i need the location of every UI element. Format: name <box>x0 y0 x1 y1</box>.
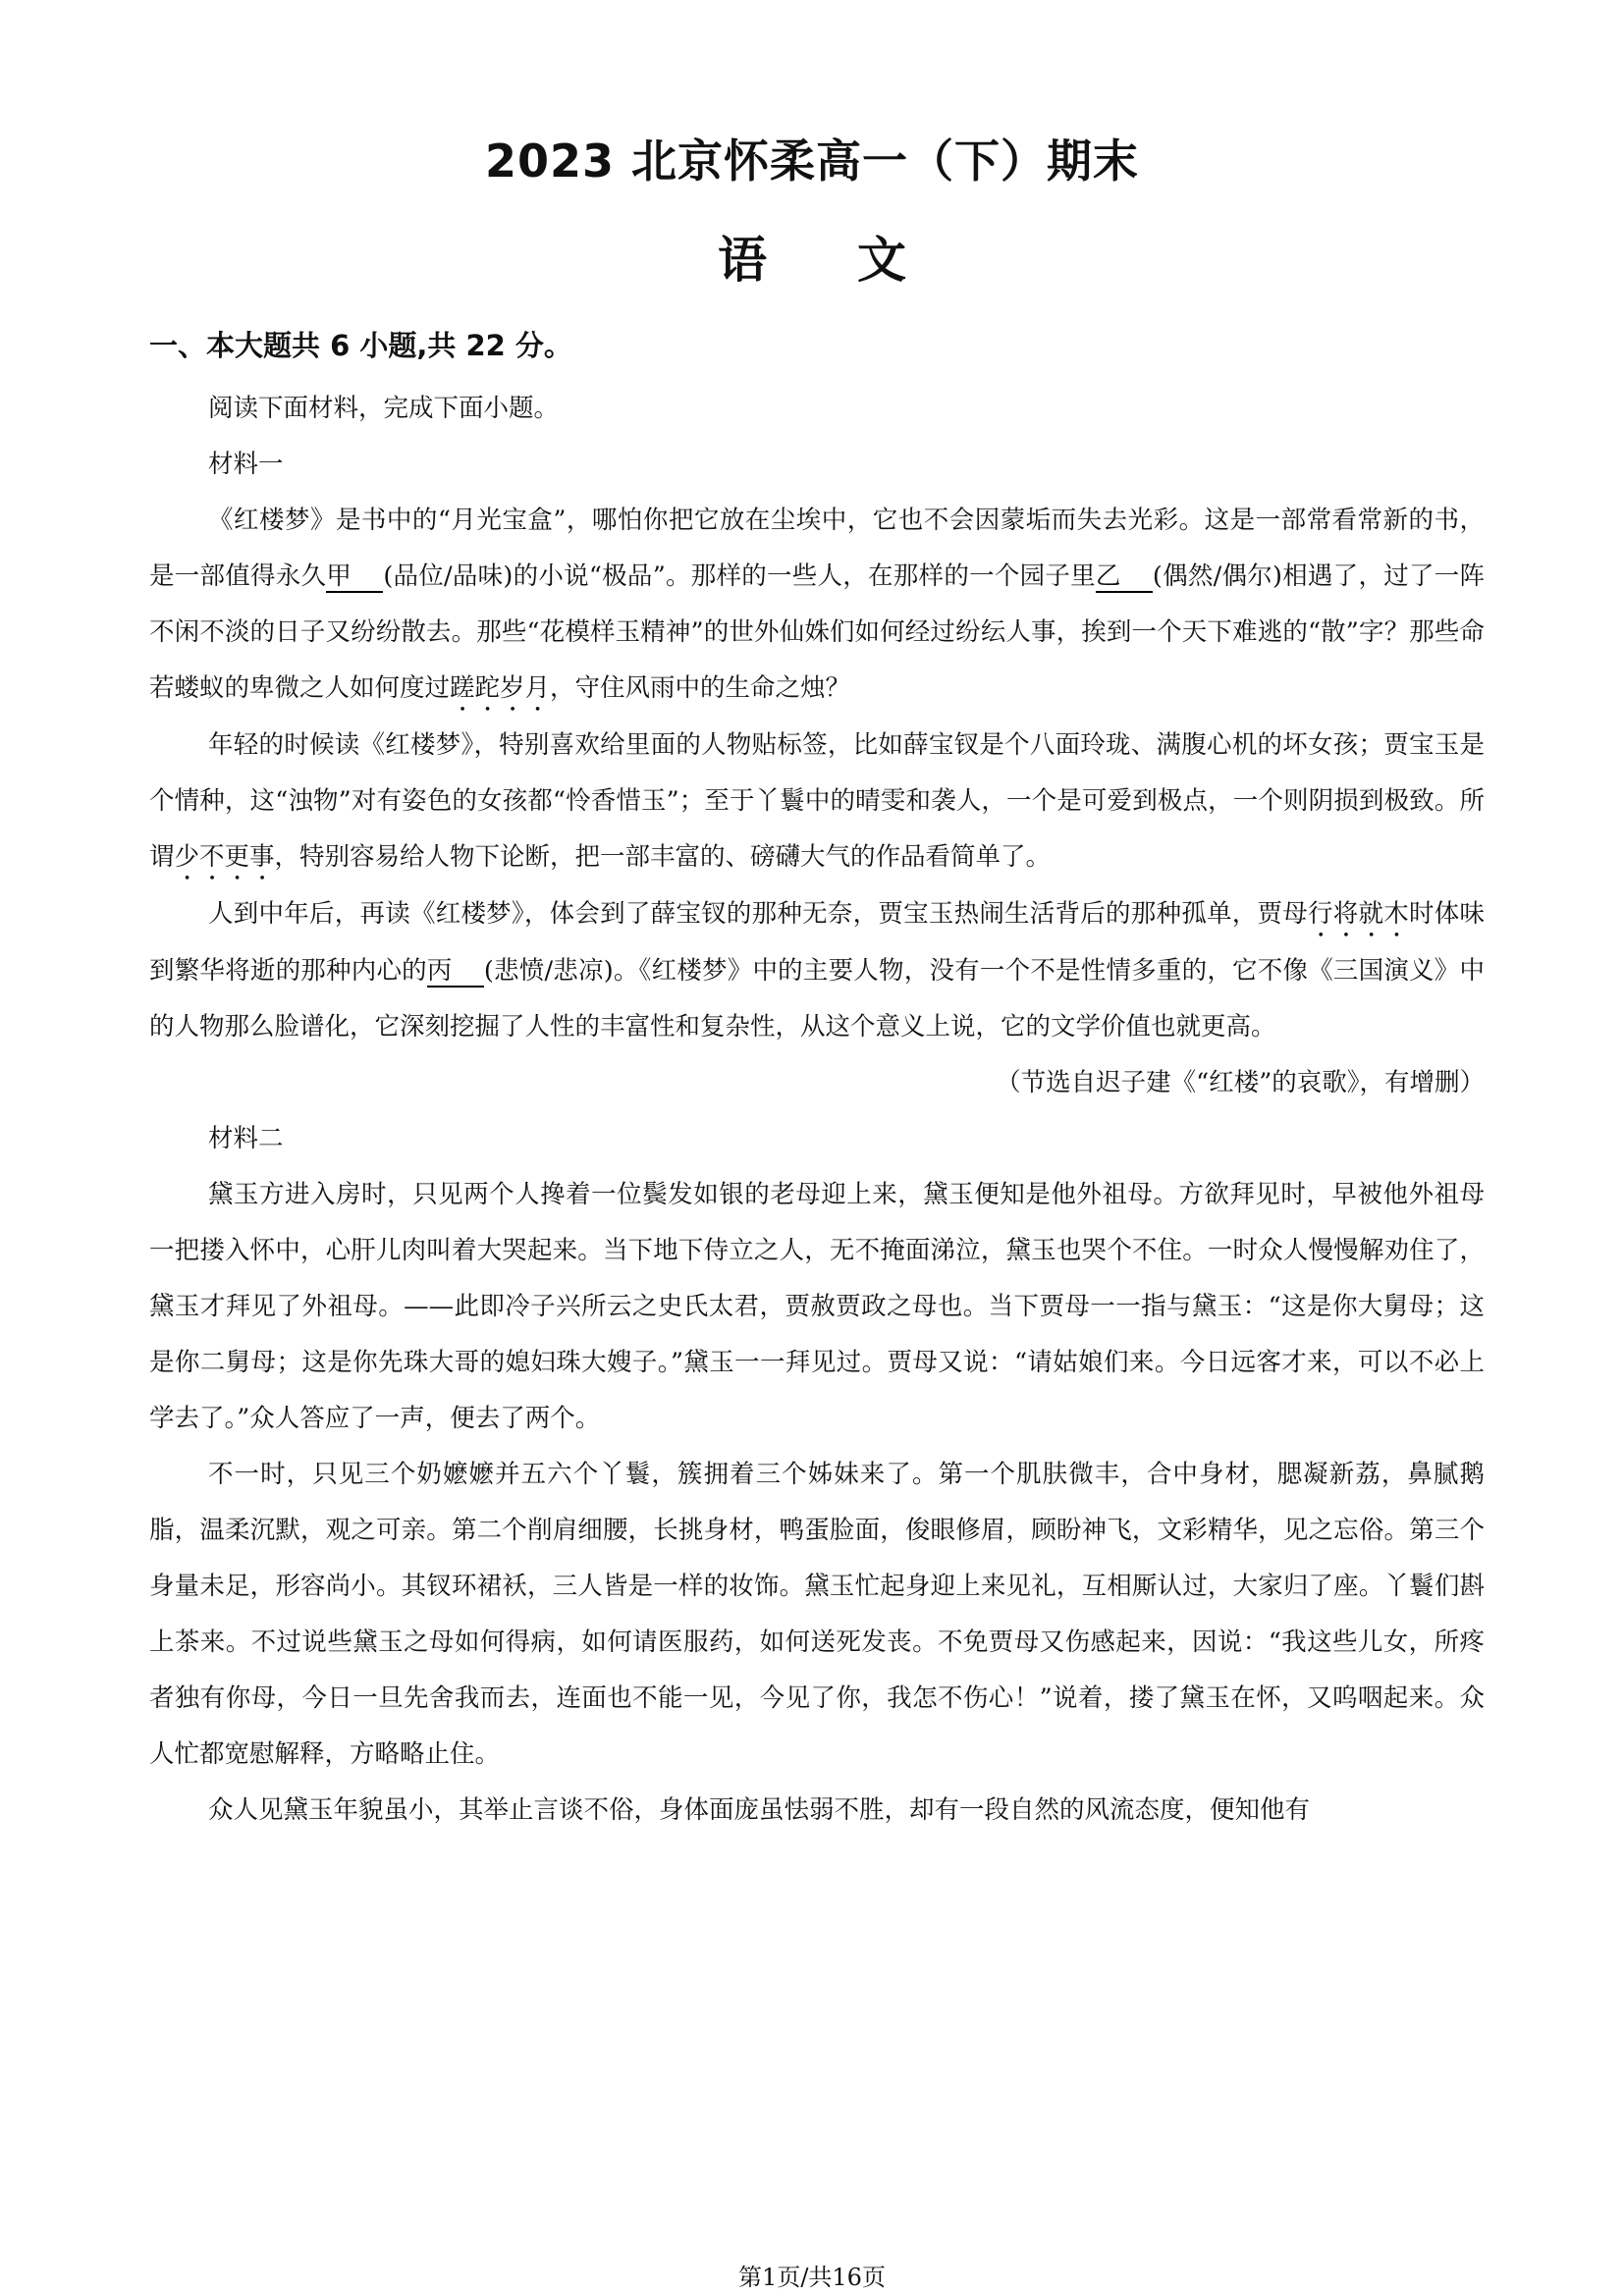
emphasis-dotted-word: 行将就木 <box>1308 899 1409 929</box>
subject-char-2: 文 <box>857 221 906 292</box>
material1-label: 材料一 <box>149 437 1485 493</box>
subject-char-1: 语 <box>718 221 767 292</box>
emphasis-dotted-word: 蹉跎岁月 <box>450 673 550 703</box>
material1-source: （节选自迟子建《“红楼”的哀歌》，有增删） <box>149 1055 1485 1111</box>
exam-page: 2023 北京怀柔高一（下）期末 语文 一、本大题共 6 小题,共 22 分。 … <box>0 0 1624 2296</box>
material1-paragraph-2: 年轻的时候读《红楼梦》，特别喜欢给里面的人物贴标签，比如薛宝钗是个八面玲珑、满腹… <box>149 718 1485 886</box>
exam-title: 2023 北京怀柔高一（下）期末 <box>0 126 1624 190</box>
blank-bing: 丙 <box>427 956 484 988</box>
emphasis-dotted-word: 少不更事 <box>175 842 275 872</box>
material1-paragraph-3: 人到中年后，再读《红楼梦》，体会到了薛宝钗的那种无奈，贾宝玉热闹生活背后的那种孤… <box>149 886 1485 1055</box>
reading-body: 阅读下面材料，完成下面小题。 材料一 《红楼梦》是书中的“月光宝盒”，哪怕你把它… <box>149 381 1485 1839</box>
material2-paragraph-1: 黛玉方进入房时，只见两个人搀着一位鬓发如银的老母迎上来，黛玉便知是他外祖母。方欲… <box>149 1167 1485 1447</box>
blank-yi: 乙 <box>1096 561 1153 593</box>
blank-jia: 甲 <box>326 561 383 593</box>
material2-paragraph-3: 众人见黛玉年貌虽小，其举止言谈不俗，身体面庞虽怯弱不胜，却有一段自然的风流态度，… <box>149 1783 1485 1839</box>
material2-paragraph-2: 不一时，只见三个奶嬷嬷并五六个丫鬟，簇拥着三个姊妹来了。第一个肌肤微丰，合中身材… <box>149 1447 1485 1783</box>
subject-title: 语文 <box>0 221 1624 292</box>
instruction: 阅读下面材料，完成下面小题。 <box>149 381 1485 437</box>
material1-paragraph-1: 《红楼梦》是书中的“月光宝盒”，哪怕你把它放在尘埃中，它也不会因蒙垢而失去光彩。… <box>149 493 1485 718</box>
page-indicator: 第1页/共16页 <box>0 2258 1624 2292</box>
material2-label: 材料二 <box>149 1111 1485 1167</box>
section-heading: 一、本大题共 6 小题,共 22 分。 <box>149 324 572 364</box>
